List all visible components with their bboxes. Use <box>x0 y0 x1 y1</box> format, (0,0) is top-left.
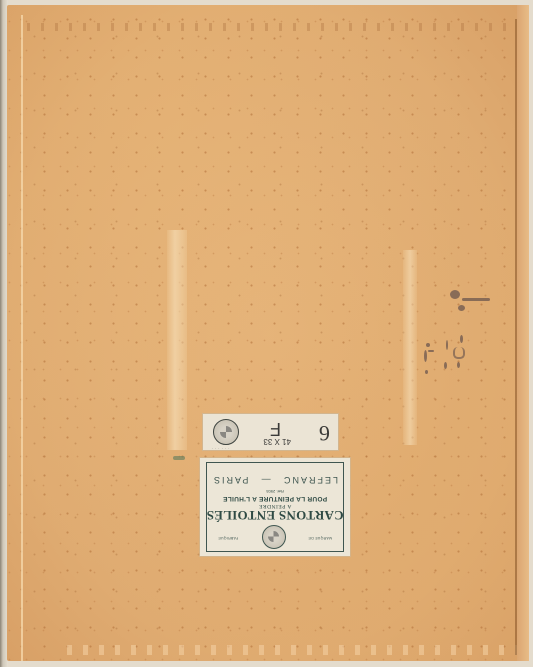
label-reference: Réf. 2903 <box>200 489 350 494</box>
right-margin-strip <box>517 5 529 661</box>
label-subtitle: A PEINDRE <box>200 503 350 509</box>
left-fold-line <box>21 15 23 661</box>
top-dent-marks <box>27 23 507 31</box>
paint-stain <box>444 362 447 369</box>
paint-stain <box>458 305 465 311</box>
paint-stain <box>425 370 428 374</box>
tape-residue-left <box>167 230 187 450</box>
green-paint-mark <box>173 456 185 460</box>
paint-stain <box>462 298 490 301</box>
size-number: 6 <box>319 420 330 446</box>
paint-stain <box>424 350 427 362</box>
paint-stain <box>450 290 460 299</box>
maker-city: PARIS <box>212 475 248 485</box>
size-label: 6 41 X 33 F · · · · · · <box>203 414 338 450</box>
label-purpose: POUR LA PEINTURE A L'HUILE <box>200 495 350 502</box>
crossed-brushes-emblem-icon <box>262 525 286 549</box>
paint-stain <box>460 335 463 343</box>
crossed-brushes-emblem-icon <box>213 419 239 445</box>
paint-stain <box>426 343 430 347</box>
maker-separator: — <box>260 475 271 485</box>
format-letter: F <box>270 418 281 439</box>
paint-stain <box>446 340 448 350</box>
bottom-dent-marks <box>67 645 527 655</box>
label-maker-line: LEFRANC — PARIS <box>212 475 338 485</box>
paint-stain <box>453 347 465 359</box>
fabrique-text: FABRIQUE <box>218 536 238 540</box>
paint-stain <box>457 362 460 368</box>
maker-name: LEFRANC <box>282 475 338 485</box>
manufacturer-label: MARQUE DE FABRIQUE CARTONS ENTOILÉS A PE… <box>200 458 350 556</box>
foxing-speckles <box>7 5 529 661</box>
label-title: CARTONS ENTOILÉS <box>200 507 350 523</box>
photo-background: 6 41 X 33 F · · · · · · MARQUE DE FABRIQ… <box>0 0 533 667</box>
marque-text: MARQUE DE <box>308 536 332 540</box>
emblem-caption: · · · · · · <box>211 446 230 451</box>
canvas-board-back <box>7 5 529 661</box>
paint-stain <box>428 350 434 352</box>
tape-residue-right <box>403 250 417 445</box>
